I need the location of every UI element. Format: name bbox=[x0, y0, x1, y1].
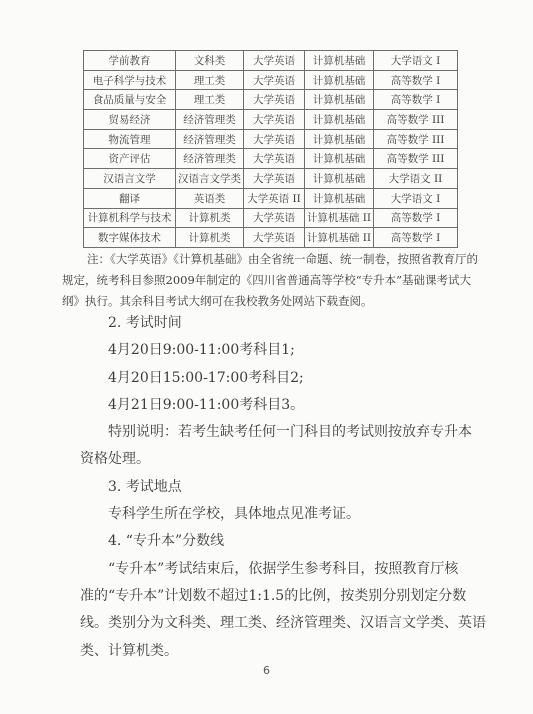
cell-major: 物流管理 bbox=[84, 129, 176, 149]
text-line: 资格处理。 bbox=[80, 446, 478, 473]
cell-major: 翻译 bbox=[84, 188, 176, 208]
subjects-table: 学前教育 文科类 大学英语 计算机基础 大学语文 I 电子科学与技术 理工类 大… bbox=[83, 50, 458, 248]
cell-subject-2: 计算机基础 II bbox=[305, 228, 374, 248]
text-line: 特别说明：若考生缺考任何一门科目的考试则按放弃专升本 bbox=[80, 419, 478, 446]
table-row: 食品质量与安全 理工类 大学英语 计算机基础 高等数学 I bbox=[84, 90, 458, 110]
cell-major: 计算机科学与技术 bbox=[84, 208, 176, 228]
cell-category: 理工类 bbox=[176, 70, 244, 90]
text-line: 4月20日9:00-11:00考科目1; bbox=[80, 337, 478, 364]
cell-subject-3: 高等数学 I bbox=[374, 70, 458, 90]
cell-category: 英语类 bbox=[176, 188, 244, 208]
cell-major: 贸易经济 bbox=[84, 110, 176, 130]
table-row: 翻译 英语类 大学英语 II 计算机基础 大学语文 I bbox=[84, 188, 458, 208]
text-line: 4. “专升本”分数线 bbox=[80, 528, 478, 555]
note-line: 规定，统考科目参照2009年制定的《四川省普通高等学校“专升本”基础课考试大 bbox=[62, 270, 476, 291]
cell-subject-2: 计算机基础 bbox=[305, 129, 374, 149]
cell-subject-3: 大学语文 I bbox=[374, 188, 458, 208]
cell-category: 经济管理类 bbox=[176, 129, 244, 149]
cell-category: 计算机类 bbox=[176, 208, 244, 228]
table-row: 电子科学与技术 理工类 大学英语 计算机基础 高等数学 I bbox=[84, 70, 458, 90]
cell-subject-1: 大学英语 bbox=[244, 110, 305, 130]
table-row: 数字媒体技术 计算机类 大学英语 计算机基础 II 高等数学 I bbox=[84, 228, 458, 248]
table-row: 物流管理 经济管理类 大学英语 计算机基础 高等数学 III bbox=[84, 129, 458, 149]
cell-major: 食品质量与安全 bbox=[84, 90, 176, 110]
cell-subject-2: 计算机基础 II bbox=[305, 208, 374, 228]
text-line: 专科学生所在学校，具体地点见准考证。 bbox=[80, 501, 478, 528]
cell-category: 文科类 bbox=[176, 51, 244, 71]
document-page: 学前教育 文科类 大学英语 计算机基础 大学语文 I 电子科学与技术 理工类 大… bbox=[0, 0, 533, 714]
cell-subject-2: 计算机基础 bbox=[305, 149, 374, 169]
text-line: 4月20日15:00-17:00考科目2; bbox=[80, 365, 478, 392]
cell-major: 电子科学与技术 bbox=[84, 70, 176, 90]
text-line: 2. 考试时间 bbox=[80, 310, 478, 337]
cell-major: 汉语言文学 bbox=[84, 169, 176, 189]
cell-subject-1: 大学英语 bbox=[244, 70, 305, 90]
cell-subject-2: 计算机基础 bbox=[305, 169, 374, 189]
cell-major: 资产评估 bbox=[84, 149, 176, 169]
cell-subject-1: 大学英语 bbox=[244, 90, 305, 110]
cell-category: 理工类 bbox=[176, 90, 244, 110]
cell-subject-2: 计算机基础 bbox=[305, 90, 374, 110]
cell-major: 数字媒体技术 bbox=[84, 228, 176, 248]
cell-subject-2: 计算机基础 bbox=[305, 70, 374, 90]
cell-category: 经济管理类 bbox=[176, 110, 244, 130]
cell-subject-3: 高等数学 I bbox=[374, 208, 458, 228]
table-row: 学前教育 文科类 大学英语 计算机基础 大学语文 I bbox=[84, 51, 458, 71]
cell-subject-1: 大学英语 bbox=[244, 51, 305, 71]
table-row: 贸易经济 经济管理类 大学英语 计算机基础 高等数学 III bbox=[84, 110, 458, 130]
cell-subject-3: 大学语文 I bbox=[374, 51, 458, 71]
page-number: 6 bbox=[0, 664, 533, 677]
cell-subject-3: 高等数学 III bbox=[374, 129, 458, 149]
text-line: 准的“专升本”计划数不超过1:1.5的比例，按类别分别划定分数 bbox=[80, 583, 478, 610]
cell-subject-3: 高等数学 III bbox=[374, 149, 458, 169]
note-line: 纲》执行。其余科目考试大纲可在我校教务处网站下载查阅。 bbox=[62, 291, 476, 312]
cell-category: 经济管理类 bbox=[176, 149, 244, 169]
cell-subject-3: 高等数学 III bbox=[374, 110, 458, 130]
table-row: 汉语言文学 汉语言文学类 大学英语 计算机基础 大学语文 II bbox=[84, 169, 458, 189]
cell-subject-3: 大学语文 II bbox=[374, 169, 458, 189]
cell-subject-2: 计算机基础 bbox=[305, 188, 374, 208]
subjects-table-body: 学前教育 文科类 大学英语 计算机基础 大学语文 I 电子科学与技术 理工类 大… bbox=[84, 51, 458, 248]
text-line: 类、计算机类。 bbox=[80, 638, 478, 665]
cell-subject-1: 大学英语 bbox=[244, 129, 305, 149]
note-line: 注：《大学英语》《计算机基础》由全省统一命题、统一制卷，按照省教育厅的 bbox=[62, 249, 476, 270]
body-text: 2. 考试时间 4月20日9:00-11:00考科目1; 4月20日15:00-… bbox=[80, 310, 478, 665]
cell-subject-2: 计算机基础 bbox=[305, 51, 374, 71]
cell-category: 计算机类 bbox=[176, 228, 244, 248]
cell-subject-1: 大学英语 bbox=[244, 208, 305, 228]
cell-subject-1: 大学英语 bbox=[244, 169, 305, 189]
cell-subject-1: 大学英语 bbox=[244, 149, 305, 169]
cell-subject-3: 高等数学 I bbox=[374, 228, 458, 248]
cell-subject-2: 计算机基础 bbox=[305, 110, 374, 130]
text-line: 线。类别分为文科类、理工类、经济管理类、汉语言文学类、英语 bbox=[80, 610, 478, 637]
table-note: 注：《大学英语》《计算机基础》由全省统一命题、统一制卷，按照省教育厅的 规定，统… bbox=[62, 249, 476, 312]
cell-major: 学前教育 bbox=[84, 51, 176, 71]
text-line: 3. 考试地点 bbox=[80, 474, 478, 501]
text-line: 4月21日9:00-11:00考科目3。 bbox=[80, 392, 478, 419]
cell-category: 汉语言文学类 bbox=[176, 169, 244, 189]
cell-subject-3: 高等数学 I bbox=[374, 90, 458, 110]
cell-subject-1: 大学英语 II bbox=[244, 188, 305, 208]
table-row: 资产评估 经济管理类 大学英语 计算机基础 高等数学 III bbox=[84, 149, 458, 169]
text-line: “专升本”考试结束后，依据学生参考科目，按照教育厅核 bbox=[80, 556, 478, 583]
table-row: 计算机科学与技术 计算机类 大学英语 计算机基础 II 高等数学 I bbox=[84, 208, 458, 228]
cell-subject-1: 大学英语 bbox=[244, 228, 305, 248]
